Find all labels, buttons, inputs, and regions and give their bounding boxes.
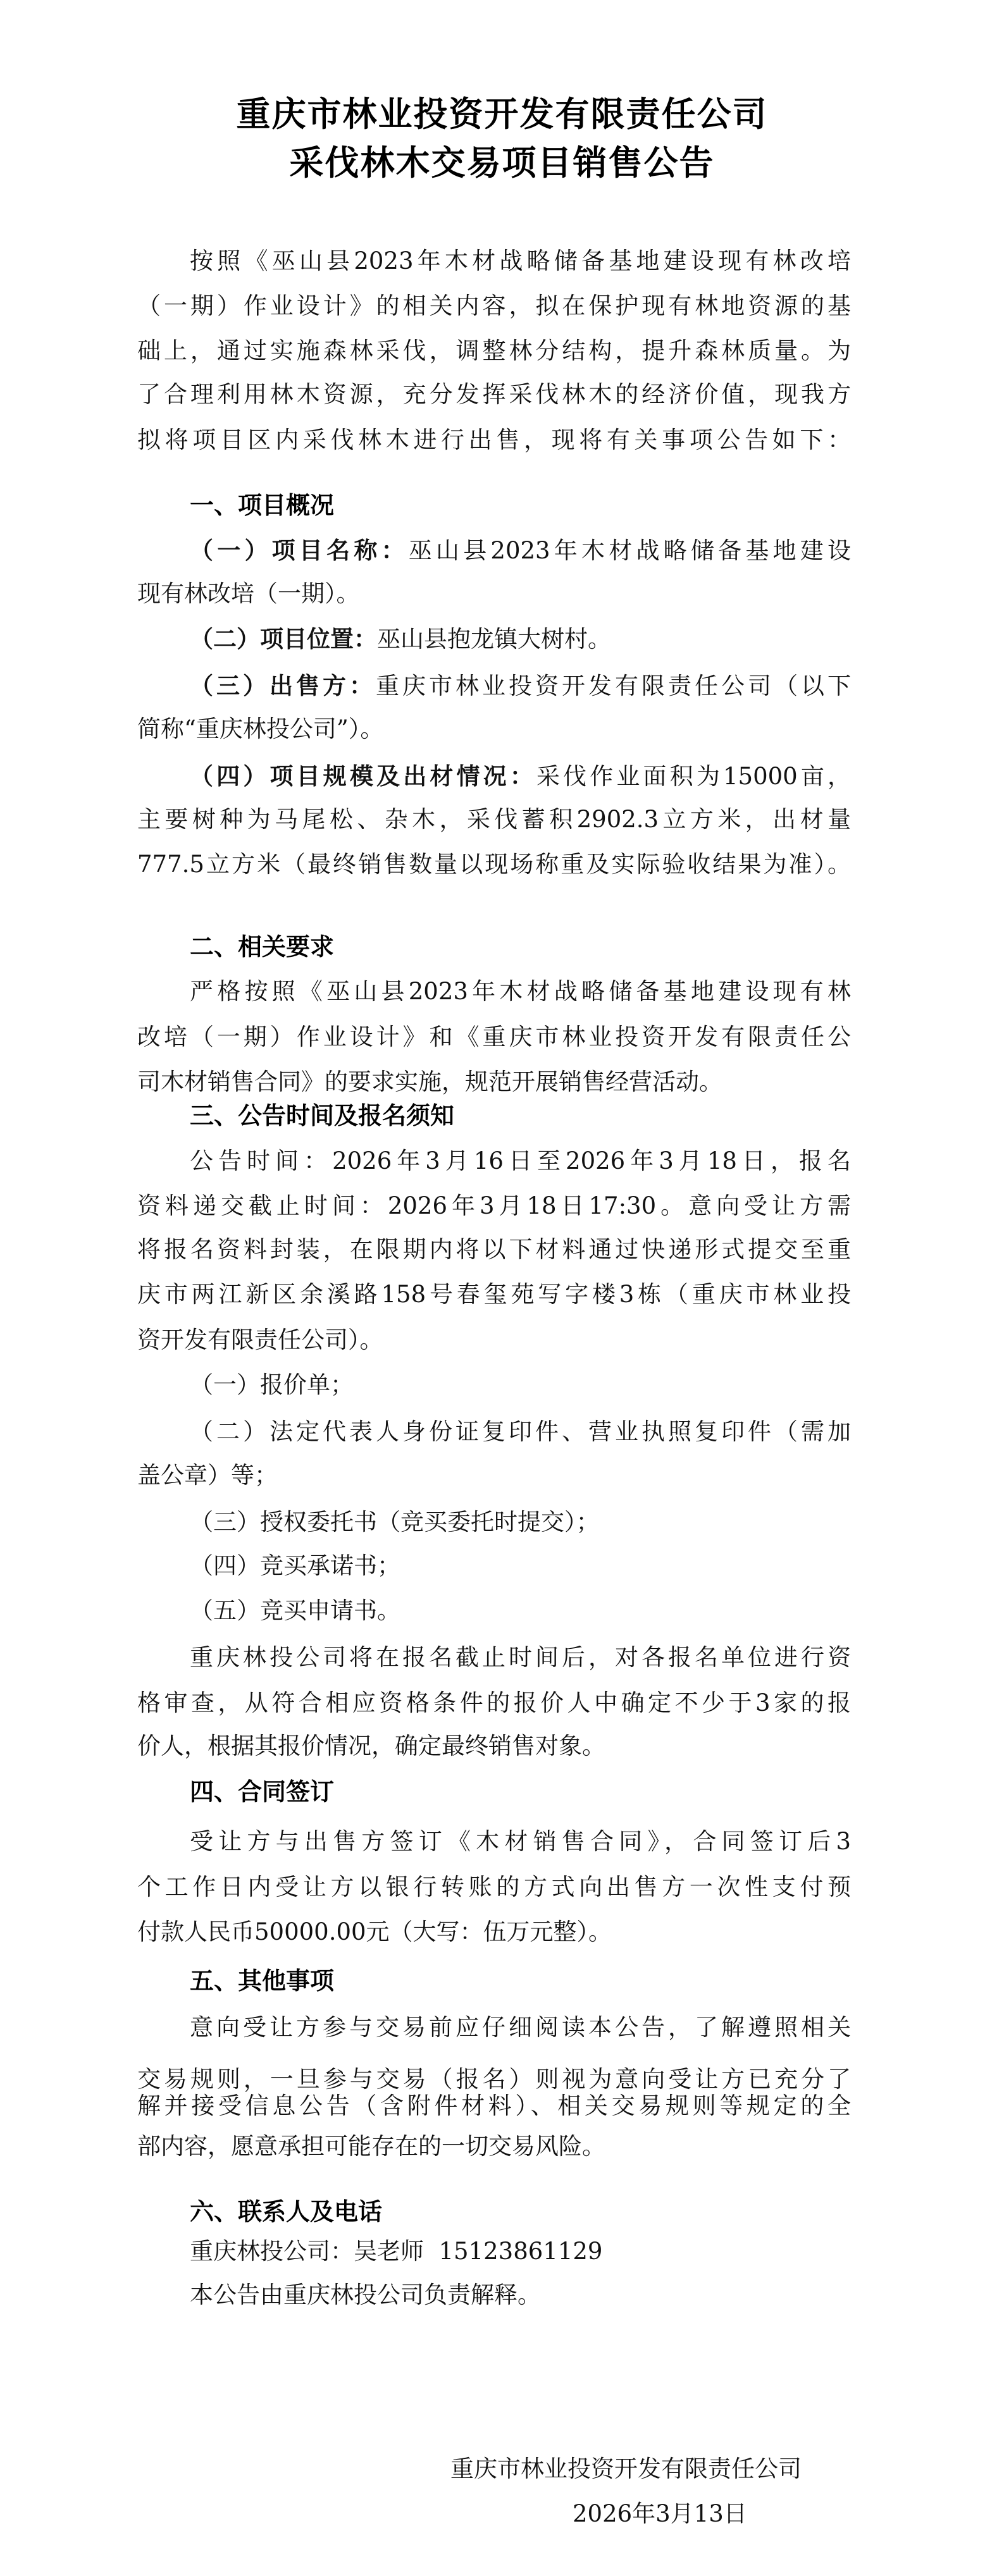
item-scale-cont: 777.5立方米（最终销售数量以现场称重及实际验收结果为准）。 xyxy=(137,851,851,878)
item-text: 巫山县抱龙镇大树村。 xyxy=(377,626,611,653)
other-line: 交易规则，一旦参与交易（报名）则视为意向受让方已充分了 xyxy=(137,2066,851,2093)
material-item-cont: 盖公章）等； xyxy=(137,1462,851,1489)
section-heading-2: 二、相关要求 xyxy=(190,932,334,961)
requirement-line: 改培（一期）作业设计》和《重庆市林业投资开发有限责任公 xyxy=(137,1023,851,1051)
section-heading-5: 五、其他事项 xyxy=(190,1966,334,1995)
section-heading-4: 四、合同签订 xyxy=(190,1777,334,1806)
material-item: （四）竞买承诺书； xyxy=(190,1552,851,1580)
intro-line: 拟将项目区内采伐林木进行出售，现将有关事项公告如下： xyxy=(137,426,851,454)
intro-line: （一期）作业设计》的相关内容，拟在保护现有林地资源的基 xyxy=(137,292,851,320)
section-heading-6: 六、联系人及电话 xyxy=(190,2197,382,2226)
item-text: 巫山县2023年木材战略储备基地建设 xyxy=(409,537,851,564)
item-label: （四）项目规模及出材情况： xyxy=(190,762,536,790)
signature-date: 2026年3月13日 xyxy=(573,2500,747,2528)
notice-line: 资开发有限责任公司）。 xyxy=(137,1326,851,1354)
item-seller-cont: 简称“重庆林投公司”）。 xyxy=(137,715,851,743)
item-project-name-cont: 现有林改培（一期）。 xyxy=(137,580,851,608)
title-line-1: 重庆市林业投资开发有限责任公司 xyxy=(0,95,1004,133)
title-line-2: 采伐林木交易项目销售公告 xyxy=(0,144,1004,182)
material-item: （二）法定代表人身份证复印件、营业执照复印件（需加 xyxy=(190,1418,851,1446)
item-project-name: （一）项目名称：巫山县2023年木材战略储备基地建设 xyxy=(190,536,851,565)
other-line: 意向受让方参与交易前应仔细阅读本公告，了解遵照相关 xyxy=(190,2014,851,2042)
notice-line: 公告时间：2026年3月16日至2026年3月18日，报名 xyxy=(190,1147,851,1175)
contact-line: 重庆林投公司：吴老师 15123861129 xyxy=(190,2238,851,2265)
material-item: （三）授权委托书（竞买委托时提交）； xyxy=(190,1508,851,1536)
notice-line: 将报名资料封装，在限期内将以下材料通过快递形式提交至重 xyxy=(137,1236,851,1264)
item-project-location: （二）项目位置：巫山县抱龙镇大树村。 xyxy=(190,625,851,653)
item-text: 重庆市林业投资开发有限责任公司（以下 xyxy=(376,672,851,699)
item-label: （二）项目位置： xyxy=(190,625,377,653)
item-scale: （四）项目规模及出材情况：采伐作业面积为15000亩， xyxy=(190,762,851,791)
intro-line: 了合理利用林木资源，充分发挥采伐林木的经济价值，现我方 xyxy=(137,381,851,409)
item-label: （一）项目名称： xyxy=(190,536,409,564)
item-text: 采伐作业面积为15000亩， xyxy=(536,763,851,790)
contract-line: 付款人民币50000.00元（大写：伍万元整）。 xyxy=(137,1918,851,1946)
contract-line: 个工作日内受让方以银行转账的方式向出售方一次性支付预 xyxy=(137,1873,851,1901)
review-line: 格审查，从符合相应资格条件的报价人中确定不少于3家的报 xyxy=(137,1689,851,1717)
item-scale-cont: 主要树种为马尾松、杂木，采伐蓄积2902.3立方米，出材量 xyxy=(137,806,851,834)
material-item: （一）报价单； xyxy=(190,1371,851,1399)
intro-line: 按照《巫山县2023年木材战略储备基地建设现有林改培 xyxy=(190,247,851,275)
item-seller: （三）出售方：重庆市林业投资开发有限责任公司（以下 xyxy=(190,672,851,700)
other-line: 解并接受信息公告（含附件材料）、相关交易规则等规定的全 xyxy=(137,2092,851,2120)
material-item: （五）竞买申请书。 xyxy=(190,1597,851,1625)
interpretation-note: 本公告由重庆林投公司负责解释。 xyxy=(190,2281,851,2309)
review-line: 重庆林投公司将在报名截止时间后，对各报名单位进行资 xyxy=(190,1644,851,1672)
requirement-line: 严格按照《巫山县2023年木材战略储备基地建设现有林 xyxy=(190,978,851,1006)
other-line: 部内容，愿意承担可能存在的一切交易风险。 xyxy=(137,2133,851,2160)
item-label: （三）出售方： xyxy=(190,672,376,699)
notice-line: 庆市两江新区余溪路158号春玺苑写字楼3栋（重庆市林业投 xyxy=(137,1281,851,1309)
review-line: 价人，根据其报价情况，确定最终销售对象。 xyxy=(137,1732,851,1760)
contract-line: 受让方与出售方签订《木材销售合同》，合同签订后3 xyxy=(190,1828,851,1856)
notice-line: 资料递交截止时间：2026年3月18日17:30。意向受让方需 xyxy=(137,1192,851,1220)
requirement-line: 司木材销售合同》的要求实施，规范开展销售经营活动。 xyxy=(137,1068,851,1096)
intro-line: 础上，通过实施森林采伐，调整林分结构，提升森林质量。为 xyxy=(137,337,851,365)
signature-company: 重庆市林业投资开发有限责任公司 xyxy=(450,2455,802,2483)
section-heading-1: 一、项目概况 xyxy=(190,491,334,520)
section-heading-3: 三、公告时间及报名须知 xyxy=(190,1101,454,1130)
